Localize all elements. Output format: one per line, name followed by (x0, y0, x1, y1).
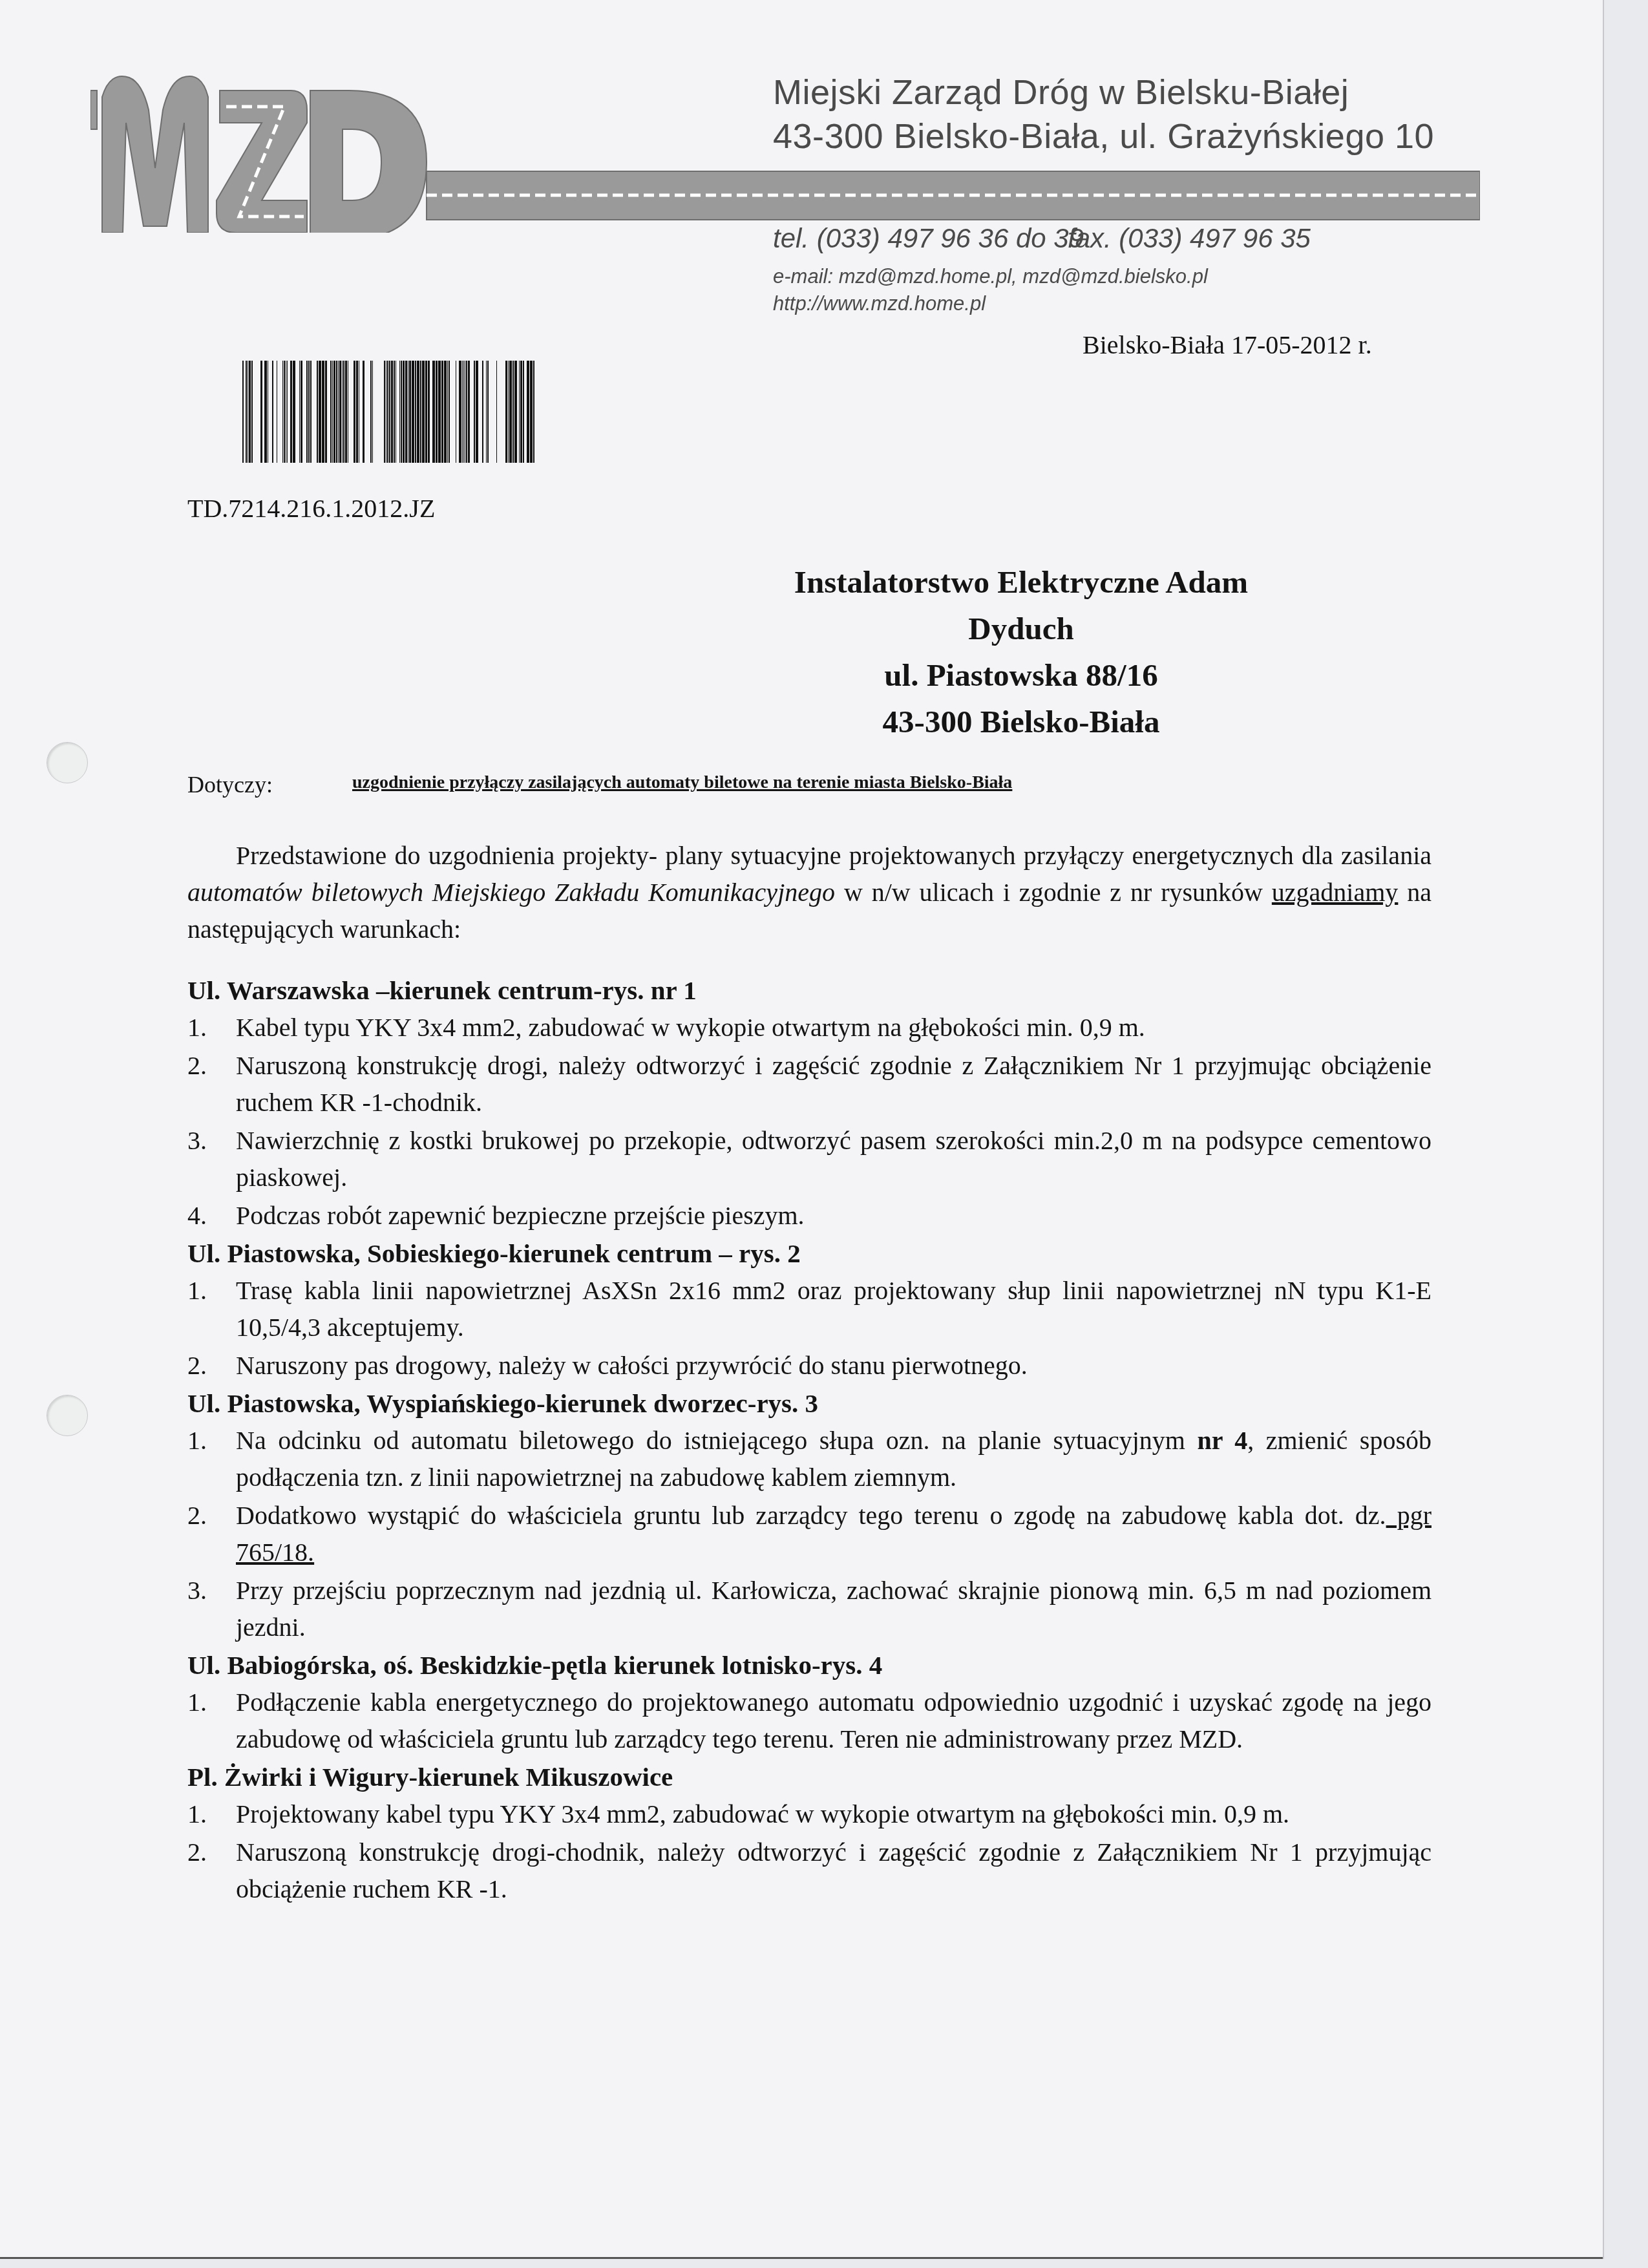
item-text: Kabel typu YKY 3x4 mm2, zabudować w wyko… (236, 1013, 1145, 1042)
letter-body: Przedstawione do uzgodnienia projekty- p… (187, 837, 1431, 1909)
item-text: Naruszoną konstrukcję drogi, należy odtw… (236, 1051, 1431, 1117)
item-number: 1. (187, 1422, 207, 1459)
item-number: 2. (187, 1047, 207, 1084)
org-name: Miejski Zarząd Dróg w Bielsku-Białej (773, 72, 1349, 112)
condition-item: 2.Naruszoną konstrukcję drogi-chodnik, n… (187, 1834, 1431, 1907)
reference-number: TD.7214.216.1.2012.JZ (187, 493, 435, 524)
section-title: Pl. Żwirki i Wigury-kierunek Mikuszowice (187, 1759, 1431, 1796)
item-text: Projektowany kabel typu YKY 3x4 mm2, zab… (236, 1799, 1289, 1828)
item-number: 1. (187, 1009, 207, 1046)
item-number: 2. (187, 1834, 207, 1871)
item-text: Podłączenie kabla energetycznego do proj… (236, 1688, 1431, 1754)
condition-item: 1.Kabel typu YKY 3x4 mm2, zabudować w wy… (187, 1009, 1431, 1046)
conditions-list: 1.Podłączenie kabla energetycznego do pr… (187, 1684, 1431, 1757)
item-number: 2. (187, 1497, 207, 1534)
conditions-list: 1.Kabel typu YKY 3x4 mm2, zabudować w wy… (187, 1009, 1431, 1234)
contact-email: e-mail: mzd@mzd.home.pl, mzd@mzd.bielsko… (773, 265, 1208, 288)
contact-website: http://www.mzd.home.pl (773, 292, 986, 315)
item-text: Na odcinku od automatu biletowego do ist… (236, 1426, 1197, 1455)
page-edge (1603, 0, 1604, 2259)
condition-item: 1.Na odcinku od automatu biletowego do i… (187, 1422, 1431, 1496)
condition-item: 1.Trasę kabla linii napowietrznej AsXSn … (187, 1272, 1431, 1346)
addressee-line: Dyduch (743, 606, 1299, 652)
condition-item: 3.Przy przejściu poprzecznym nad jezdnią… (187, 1572, 1431, 1646)
item-number: 1. (187, 1796, 207, 1832)
intro-underlined-text: uzgadniamy (1272, 878, 1399, 907)
item-text: Naruszoną konstrukcję drogi-chodnik, nal… (236, 1838, 1431, 1903)
item-number: 1. (187, 1272, 207, 1309)
intro-text: w n/w ulicach i zgodnie z nr rysunków (835, 878, 1272, 907)
item-text: Trasę kabla linii napowietrznej AsXSn 2x… (236, 1276, 1431, 1342)
section-title: Ul. Warszawska –kierunek centrum-rys. nr… (187, 972, 1431, 1009)
item-number: 2. (187, 1347, 207, 1384)
punch-hole (47, 1395, 88, 1436)
item-number: 1. (187, 1684, 207, 1721)
section-title: Ul. Babiogórska, oś. Beskidzkie-pętla ki… (187, 1647, 1431, 1684)
item-number: 3. (187, 1122, 207, 1159)
conditions-list: 1.Trasę kabla linii napowietrznej AsXSn … (187, 1272, 1431, 1384)
item-text: Naruszony pas drogowy, należy w całości … (236, 1351, 1028, 1380)
addressee-line: Instalatorstwo Elektryczne Adam (743, 559, 1299, 606)
subject-text: uzgodnienie przyłączy zasilających autom… (352, 772, 1012, 793)
contact-fax: fax. (033) 497 96 35 (1068, 223, 1311, 254)
condition-item: 1.Podłączenie kabla energetycznego do pr… (187, 1684, 1431, 1757)
conditions-sections: Ul. Warszawska –kierunek centrum-rys. nr… (187, 972, 1431, 1907)
condition-item: 4.Podczas robót zapewnić bezpieczne prze… (187, 1197, 1431, 1234)
condition-item: 1.Projektowany kabel typu YKY 3x4 mm2, z… (187, 1796, 1431, 1832)
item-text: Nawierzchnię z kostki brukowej po przeko… (236, 1126, 1431, 1192)
intro-paragraph: Przedstawione do uzgodnienia projekty- p… (187, 837, 1431, 948)
item-number: 3. (187, 1572, 207, 1609)
section-title: Ul. Piastowska, Wyspiańskiego-kierunek d… (187, 1385, 1431, 1422)
condition-item: 2.Dodatkowo wystąpić do właściciela grun… (187, 1497, 1431, 1571)
condition-item: 2.Naruszoną konstrukcję drogi, należy od… (187, 1047, 1431, 1121)
item-number: 4. (187, 1197, 207, 1234)
addressee-block: Instalatorstwo Elektryczne Adam Dyduch u… (743, 559, 1299, 745)
org-address: 43-300 Bielsko-Biała, ul. Grażyńskiego 1… (773, 116, 1434, 156)
condition-item: 2.Naruszony pas drogowy, należy w całośc… (187, 1347, 1431, 1384)
addressee-line: ul. Piastowska 88/16 (743, 652, 1299, 699)
contact-phone: tel. (033) 497 96 36 do 39 (773, 223, 1084, 254)
intro-text: Przedstawione do uzgodnienia projekty- p… (236, 841, 1431, 870)
condition-item: 3.Nawierzchnię z kostki brukowej po prze… (187, 1122, 1431, 1196)
item-text: Podczas robót zapewnić bezpieczne przejś… (236, 1201, 805, 1230)
addressee-line: 43-300 Bielsko-Biała (743, 699, 1299, 745)
document-page: Miejski Zarząd Dróg w Bielsku-Białej 43-… (0, 0, 1603, 2257)
item-text: nr 4 (1197, 1426, 1247, 1455)
punch-hole (47, 742, 88, 783)
letter-date: Bielsko-Biała 17-05-2012 r. (1083, 330, 1372, 360)
subject-label: Dotyczy: (187, 771, 273, 798)
section-title: Ul. Piastowska, Sobieskiego-kierunek cen… (187, 1235, 1431, 1272)
conditions-list: 1.Na odcinku od automatu biletowego do i… (187, 1422, 1431, 1646)
item-text: Przy przejściu poprzecznym nad jezdnią u… (236, 1576, 1431, 1642)
item-text: Dodatkowo wystąpić do właściciela gruntu… (236, 1501, 1386, 1530)
barcode-icon (242, 361, 534, 463)
intro-italic-text: automatów biletowych Miejskiego Zakładu … (187, 878, 835, 907)
conditions-list: 1.Projektowany kabel typu YKY 3x4 mm2, z… (187, 1796, 1431, 1907)
page-edge (0, 2257, 1603, 2259)
